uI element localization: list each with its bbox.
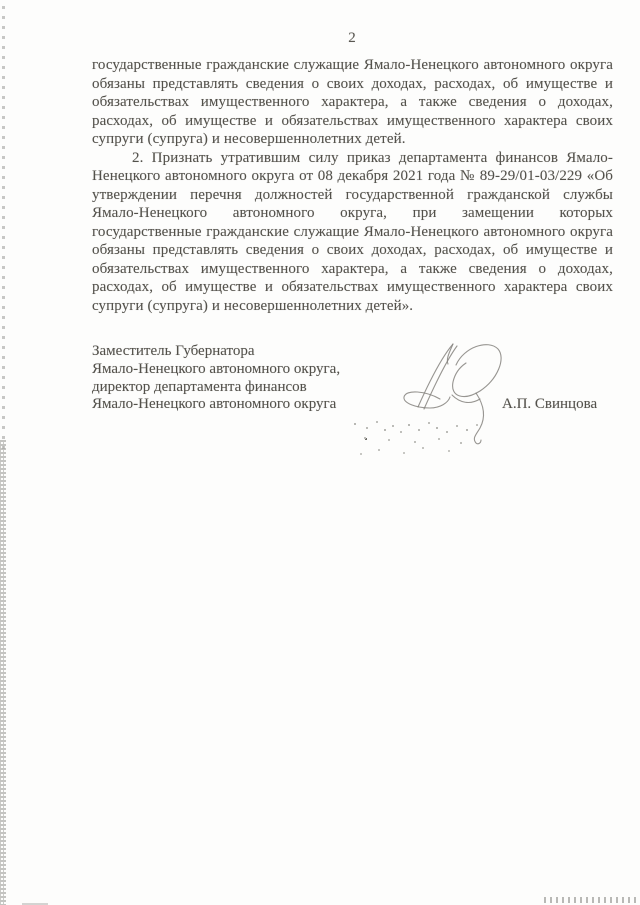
paragraph-2: 2. Признать утратившим силу приказ депар…: [92, 149, 613, 316]
scanned-document-page: 2 государственные гражданские служащие Я…: [0, 0, 640, 905]
handwritten-signature: [396, 331, 516, 451]
signer-title-line-1: Заместитель Губернатора: [92, 343, 340, 361]
signer-title-line-2: Ямало-Ненецкого автономного округа,: [92, 361, 340, 379]
scan-edge-grain-artifact: [0, 440, 6, 905]
signer-title-line-4: Ямало-Ненецкого автономного округа: [92, 396, 340, 414]
scan-edge-dash-artifact: [2, 6, 5, 456]
signer-title-block: Заместитель Губернатора Ямало-Ненецкого …: [92, 343, 340, 414]
paragraph-continuation: государственные гражданские служащие Яма…: [92, 56, 613, 149]
signer-title-line-3: директор департамента финансов: [92, 379, 340, 397]
faded-stamp-speckles: [348, 417, 350, 419]
document-body: государственные гражданские служащие Яма…: [92, 56, 613, 315]
signer-name: А.П. Свинцова: [502, 396, 597, 413]
scan-bottom-noise: [544, 897, 638, 903]
page-number: 2: [92, 30, 612, 47]
signature-ink-icon: [396, 331, 516, 451]
